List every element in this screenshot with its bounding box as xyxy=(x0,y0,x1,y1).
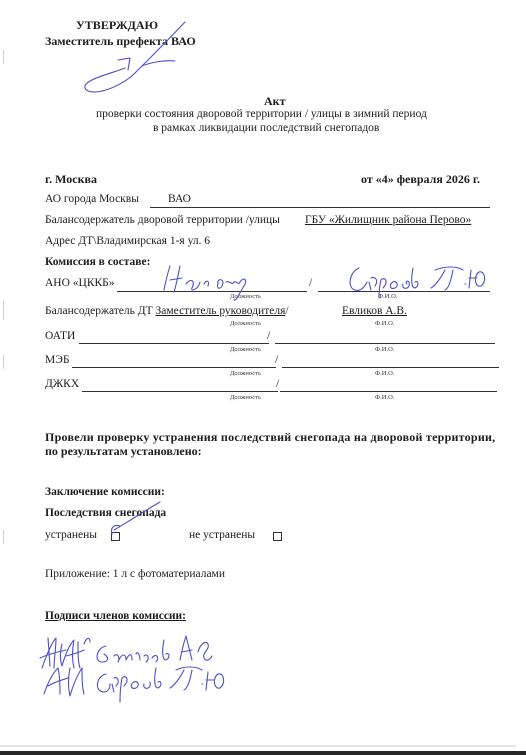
approval-position: Заместитель префекта ВАО xyxy=(45,34,196,49)
holder-label: Балансодержатель дворовой территории /ул… xyxy=(45,214,280,226)
inspection-line1: Провели проверку устранения последствий … xyxy=(45,430,495,445)
signatures-heading: Подписи членов комиссии: xyxy=(45,610,186,622)
member-name-line xyxy=(318,291,490,292)
option-eliminated-label: устранены xyxy=(45,529,97,541)
member-name-line xyxy=(275,343,495,344)
member-org: ОАТИ xyxy=(45,330,75,342)
name-caption: Ф.И.О. xyxy=(375,370,394,377)
city: г. Москва xyxy=(45,172,97,187)
attachment-note: Приложение: 1 л с фотоматериалами xyxy=(45,568,225,580)
holder-value: ГБУ «Жилищник района Перово» xyxy=(305,214,471,226)
name-caption: Ф.И.О. xyxy=(375,320,394,327)
member-org: Балансодержатель ДТ Заместитель руководи… xyxy=(45,305,289,317)
member-org: АНО «ЦККБ» xyxy=(45,277,115,289)
document-subtitle-line2: в рамках ликвидации последствий снегопад… xyxy=(153,122,379,134)
document-subtitle-line1: проверки состояния дворовой территории /… xyxy=(96,108,427,120)
member-position-line xyxy=(82,391,278,392)
member-separator: / xyxy=(267,330,270,342)
position-caption: Должность xyxy=(230,293,261,300)
member-separator: / xyxy=(275,354,278,366)
member-separator: / xyxy=(276,378,279,390)
member-position: Заместитель руководителя xyxy=(156,305,286,317)
member-position-line xyxy=(79,343,269,344)
viewer-bottom-bar xyxy=(0,751,526,755)
member-name: Евликов А.В. xyxy=(342,305,407,317)
option-not-eliminated-checkbox[interactable] xyxy=(273,532,282,541)
document-date: от «4» февраля 2026 г. xyxy=(361,172,480,187)
member-org: ДЖКХ xyxy=(45,378,79,390)
scan-artifact xyxy=(3,300,4,320)
document-title: Акт xyxy=(264,94,285,109)
member-separator: / xyxy=(309,277,312,289)
member-name-line xyxy=(280,391,497,392)
option-eliminated-checkbox[interactable] xyxy=(111,532,120,541)
member-position-line xyxy=(117,291,307,292)
position-caption: Должность xyxy=(230,346,261,353)
commission-heading: Комиссия в составе: xyxy=(45,256,150,268)
scan-artifact xyxy=(3,530,4,544)
approval-heading: УТВЕРЖДАЮ xyxy=(76,18,158,33)
position-caption: Должность xyxy=(230,320,261,327)
name-caption: Ф.И.О. xyxy=(375,394,394,401)
ao-value: ВАО xyxy=(168,193,191,205)
position-caption: Должность xyxy=(230,370,261,377)
inspection-line2: по результатам установлено: xyxy=(45,444,202,459)
address-value: Владимирская 1-я ул. 6 xyxy=(96,235,210,247)
name-caption: Ф.И.О. xyxy=(375,346,394,353)
member-name-line xyxy=(282,367,499,368)
scan-artifact xyxy=(3,50,4,64)
scan-artifact xyxy=(3,355,4,369)
conclusion-heading: Заключение комиссии: xyxy=(45,486,165,498)
conclusion-subheading: Последствия снегопада xyxy=(45,507,166,519)
position-caption: Должность xyxy=(230,394,261,401)
ao-label: АО города Москвы xyxy=(45,193,139,205)
option-not-eliminated-label: не устранены xyxy=(189,529,255,541)
member-org-label: Балансодержатель ДТ xyxy=(45,305,153,317)
member-position-line xyxy=(72,367,276,368)
ao-underline xyxy=(150,207,490,208)
name-caption: Ф.И.О. xyxy=(378,293,397,300)
member-name-handwriting-icon xyxy=(345,262,495,302)
page-bottom-edge xyxy=(0,745,516,747)
address-label: Адрес ДТ\ xyxy=(45,235,96,247)
member-org: МЭБ xyxy=(45,354,69,366)
members-signatures-handwriting-icon xyxy=(34,632,234,704)
address-field: Адрес ДТ\Владимирская 1-я ул. 6 xyxy=(45,235,210,247)
